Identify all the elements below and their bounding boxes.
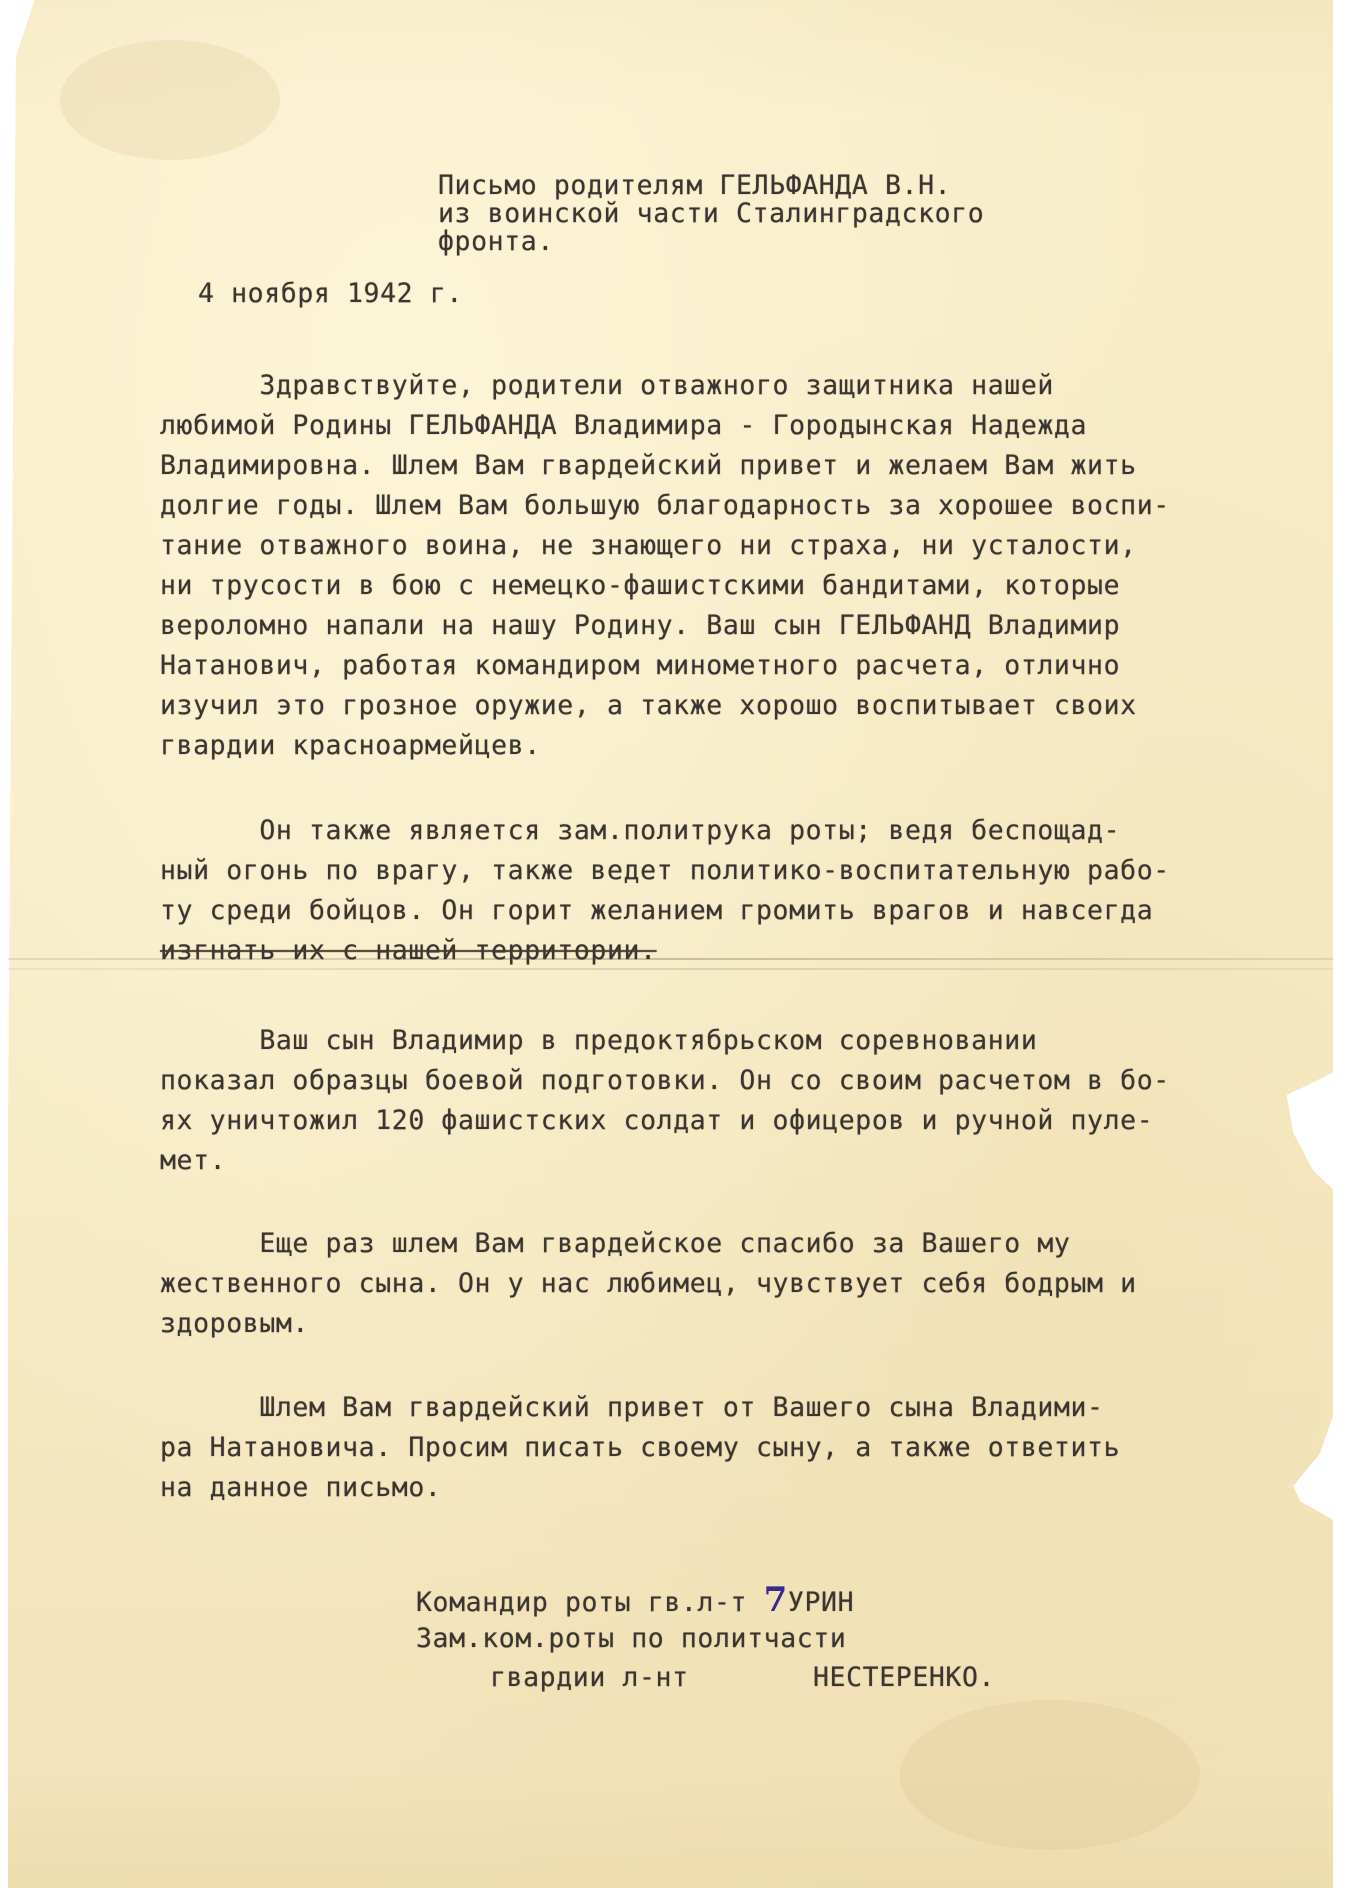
- text-line: ра Натановича. Просим писать своему сыну…: [160, 1432, 1120, 1463]
- text-line: Он также является зам.политрука роты; ве…: [160, 815, 1120, 846]
- text-line: изгнать их с нашей территории.: [160, 935, 657, 966]
- signature-line-commander: Командир роты гв.л-т 7УРИН: [416, 1580, 854, 1620]
- text-line: долгие годы. Шлем Вам большую благодарно…: [160, 490, 1170, 521]
- signature-line-deputy-title: Зам.ком.роты по политчасти: [416, 1623, 846, 1654]
- typewritten-letter: Письмо родителям ГЕЛЬФАНДА В.Н. из воинс…: [0, 0, 1346, 1888]
- text-line: Еще раз шлем Вам гвардейское спасибо за …: [160, 1228, 1071, 1259]
- text-line: здоровым.: [160, 1308, 309, 1339]
- commander-title: Командир роты гв.л-т: [416, 1587, 764, 1618]
- heading-line: Письмо родителям ГЕЛЬФАНДА В.Н.: [438, 170, 951, 201]
- text-line: ни трусости в бою с немецко-фашистскими …: [160, 570, 1120, 601]
- text-line: гвардии красноармейцев.: [160, 730, 541, 761]
- heading-line: фронта.: [438, 226, 554, 257]
- text-line: вероломно напали на нашу Родину. Ваш сын…: [160, 610, 1120, 641]
- text-line: Натанович, работая командиром минометног…: [160, 650, 1120, 681]
- text-line: ный огонь по врагу, также ведет политико…: [160, 855, 1170, 886]
- text-line: мет.: [160, 1145, 226, 1176]
- text-line: на данное письмо.: [160, 1472, 441, 1503]
- handwritten-initial: 7: [764, 1580, 788, 1620]
- text-line: жественного сына. Он у нас любимец, чувс…: [160, 1268, 1137, 1299]
- text-line: ту среди бойцов. Он горит желанием громи…: [160, 895, 1153, 926]
- deputy-rank: гвардии л-нт: [490, 1662, 689, 1693]
- deputy-name: НЕСТЕРЕНКО.: [813, 1662, 995, 1693]
- text-line: показал образцы боевой подготовки. Он со…: [160, 1065, 1170, 1096]
- commander-name: УРИН: [788, 1587, 854, 1618]
- heading-line: из воинской части Сталинградского: [438, 198, 984, 229]
- text-line: Здравствуйте, родители отважного защитни…: [160, 370, 1054, 401]
- text-line: Владимировна. Шлем Вам гвардейский приве…: [160, 450, 1137, 481]
- text-line: изучил это грозное оружие, а также хорош…: [160, 690, 1137, 721]
- text-line: ях уничтожил 120 фашистских солдат и офи…: [160, 1105, 1153, 1136]
- letter-date: 4 ноября 1942 г.: [198, 278, 463, 309]
- text-line: Шлем Вам гвардейский привет от Вашего сы…: [160, 1392, 1104, 1423]
- text-line: тание отважного воина, не знающего ни ст…: [160, 530, 1137, 561]
- text-line: Ваш сын Владимир в предоктябрьском сорев…: [160, 1025, 1037, 1056]
- text-line: любимой Родины ГЕЛЬФАНДА Владимира - Гор…: [160, 410, 1087, 441]
